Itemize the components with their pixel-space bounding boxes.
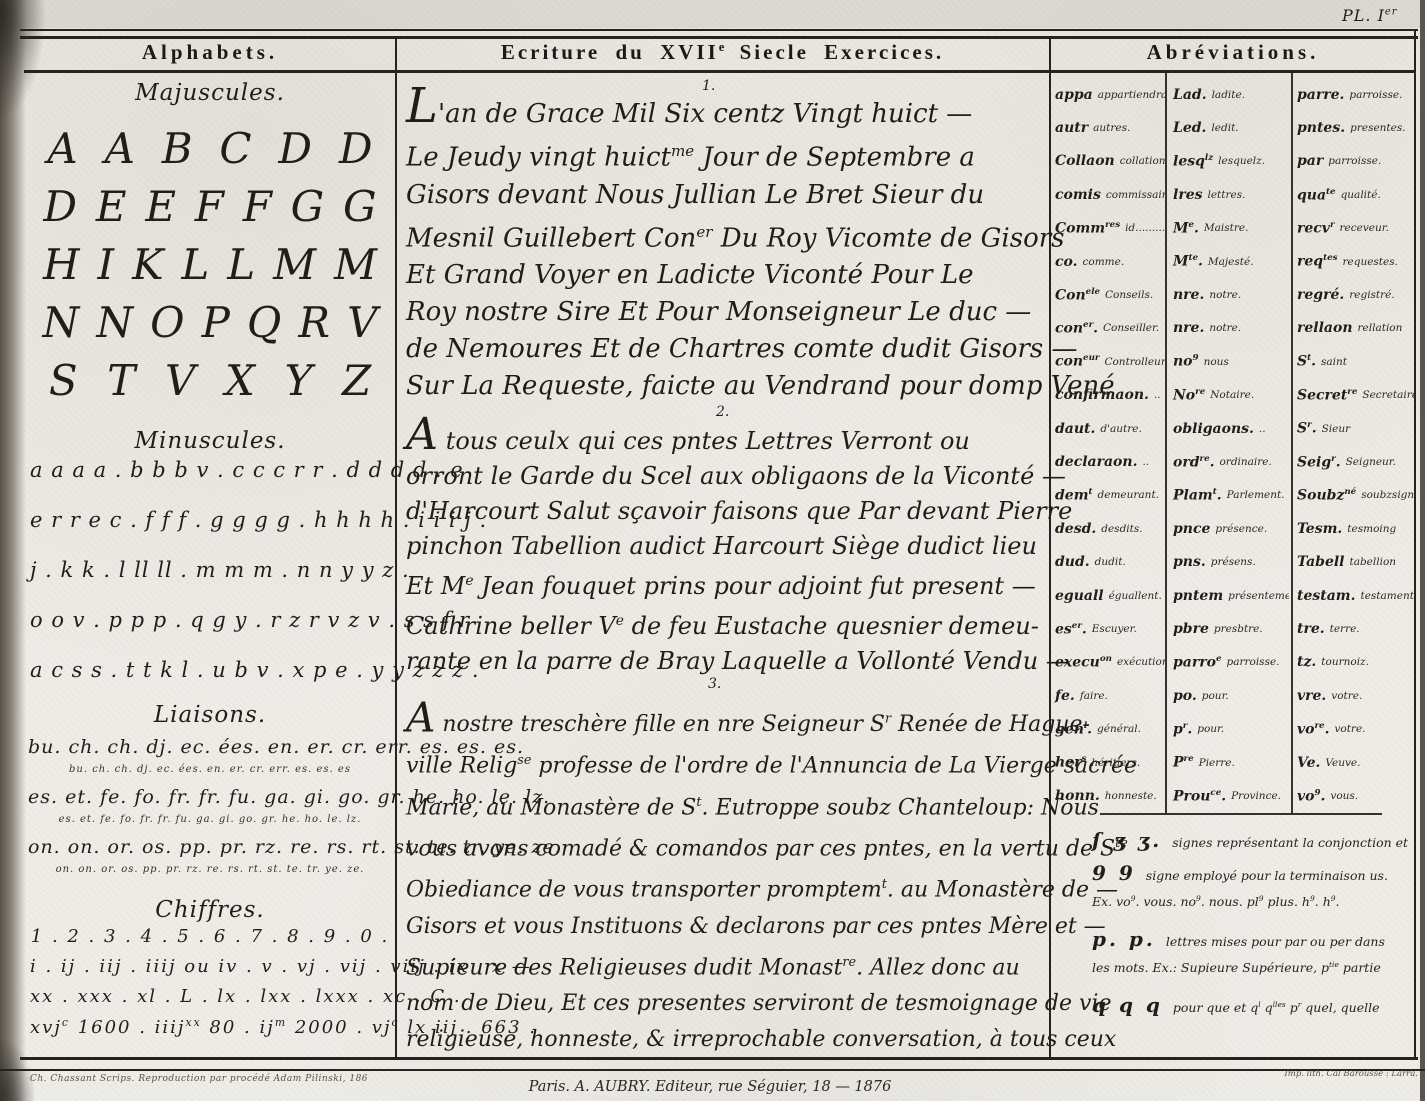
- majuscule-letter: O: [150, 302, 184, 344]
- abbreviation-entry: SecretreSecretaire.: [1294, 379, 1416, 412]
- abbreviation-meaning: faire.: [1080, 690, 1108, 702]
- abbreviation-script: coneur: [1055, 353, 1099, 370]
- abbreviation-meaning: honneste.: [1105, 790, 1157, 802]
- majuscule-letter: Y: [285, 360, 313, 402]
- divider-middle-right: [1049, 36, 1051, 1057]
- abbreviation-meaning: présens.: [1211, 556, 1256, 568]
- majuscule-letter: A: [47, 128, 77, 170]
- abbreviation-entry: eser.Escuyer.: [1052, 612, 1165, 645]
- liaison-label-row: es. et. fe. fo. fr. fr. fu. ga. gi. go. …: [28, 814, 392, 836]
- abbreviation-meaning: tournoiz.: [1321, 656, 1369, 668]
- abbreviation-entry: NoreNotaire.: [1170, 379, 1289, 412]
- abbreviation-script: comis: [1055, 187, 1101, 203]
- handwriting-line: nom de Dieu, Et ces presentes serviront …: [406, 986, 1044, 1022]
- chiffres-row: xvjc 1600 . iiijxx 80 . ijm 2000 . vjc l…: [30, 1016, 390, 1046]
- abbreviation-meaning: ..: [1154, 389, 1161, 401]
- abbreviation-meaning: exécution.: [1117, 656, 1165, 668]
- abbreviation-meaning: demeurant.: [1098, 489, 1159, 501]
- abbreviation-entry: quatequalité.: [1294, 178, 1416, 211]
- abbreviation-script: genl.: [1055, 721, 1092, 738]
- handwriting-line: ville Religse professe de l'ordre de l'A…: [406, 743, 1044, 784]
- abbreviation-meaning: Seigneur.: [1346, 456, 1396, 468]
- abbreviation-meaning: id..........: [1125, 222, 1165, 234]
- abbreviation-entry: confirmaon...: [1052, 379, 1165, 412]
- abbreviation-script: demt: [1055, 487, 1093, 504]
- abbreviation-entry: dud.dudit.: [1052, 545, 1165, 578]
- abbreviation-meaning: votre.: [1331, 690, 1362, 702]
- handwriting-line: vous avons comadé & comandos par ces pnt…: [406, 826, 1044, 867]
- exercise-paragraph-1: L'an de Grace Mil Six centz Vingt huict …: [406, 96, 1044, 405]
- abbreviation-script: Pre: [1173, 754, 1194, 771]
- liaison-script-row: bu. ch. ch. dj. ec. ées. en. er. cr. err…: [28, 736, 392, 764]
- handwriting-line: Gisors et vous Instituons & declarons pa…: [406, 909, 1044, 945]
- abbreviation-script: honn.: [1055, 788, 1100, 804]
- majuscule-row: STVXYZ: [34, 344, 386, 402]
- abbreviations-column-3: parre.parroisse.pntes.presentes.parparro…: [1294, 78, 1416, 813]
- majuscule-row: AABCDD: [34, 112, 386, 170]
- abbreviation-meaning: desdits.: [1101, 523, 1142, 535]
- publisher-imprint: Paris. A. AUBRY. Editeur, rue Séguier, 1…: [430, 1079, 990, 1095]
- exercise-paragraph-3: A nostre treschère fille en nre Seigneur…: [406, 702, 1044, 1058]
- abbreviation-entry: no9nous: [1170, 345, 1289, 378]
- abbreviation-meaning: presbtre.: [1214, 623, 1263, 635]
- abbreviation-meaning: lettres.: [1207, 189, 1245, 201]
- abbreviation-entry: pns.présens.: [1170, 545, 1289, 578]
- exercise-marker-1: 1.: [702, 78, 715, 94]
- abbreviation-meaning: saint: [1321, 356, 1347, 368]
- abbreviation-script: pbre: [1173, 621, 1209, 637]
- abbreviation-meaning: presentes.: [1350, 122, 1405, 134]
- chiffres-row: 1 . 2 . 3 . 4 . 5 . 6 . 7 . 8 . 9 . 0 .: [30, 926, 390, 956]
- abbreviation-entry: recvrreceveur.: [1294, 212, 1416, 245]
- abbreviation-script: autr: [1055, 120, 1088, 136]
- abbreviation-script: Conele: [1055, 287, 1100, 304]
- majuscule-letter: F: [243, 186, 272, 228]
- abbreviation-script: testam.: [1297, 588, 1355, 604]
- abbreviation-script: ordre.: [1173, 454, 1214, 471]
- abbreviation-entry: Soubznésoubzsigné: [1294, 479, 1416, 512]
- abbreviation-entry: coner.Conseiller.: [1052, 312, 1165, 345]
- abbreviation-meaning: Parlement.: [1227, 489, 1285, 501]
- majuscule-letter: R: [298, 302, 330, 344]
- abbreviation-script: appa: [1055, 87, 1093, 103]
- minuscule-row: a c s s . t t k l . u b v . x p e . y y …: [30, 658, 390, 708]
- majuscule-letter: N: [96, 302, 133, 344]
- majuscule-letter: F: [195, 186, 224, 228]
- abbreviation-meaning: tabellion: [1349, 556, 1396, 568]
- abbreviation-entry: parroeparroisse.: [1170, 646, 1289, 679]
- abbreviation-entry: PrePierre.: [1170, 746, 1289, 779]
- abbreviation-script: Ve.: [1297, 755, 1320, 771]
- abbreviation-script: fe.: [1055, 688, 1075, 704]
- abbreviation-meaning: parroisse.: [1226, 656, 1279, 668]
- abbreviation-script: Soubzné: [1297, 487, 1356, 504]
- abbreviation-script: tre.: [1297, 621, 1325, 637]
- abbreviation-meaning: notre.: [1209, 289, 1241, 301]
- abbreviation-script: quate: [1297, 187, 1336, 204]
- majuscule-letter: P: [202, 302, 230, 344]
- abbreviation-meaning: parroisse.: [1328, 155, 1381, 167]
- abbreviation-script: Prouce.: [1173, 788, 1226, 805]
- abbreviation-script: nre.: [1173, 320, 1204, 336]
- abbreviation-meaning: présentement.: [1228, 590, 1289, 602]
- abbr-subdivider-1: [1165, 73, 1167, 813]
- abbreviation-script: parre.: [1297, 87, 1344, 103]
- abbreviation-script: Sr.: [1297, 420, 1317, 437]
- abbreviation-meaning: collation: [1120, 155, 1165, 167]
- abbreviation-script: parroe: [1173, 654, 1221, 671]
- top-rule-outer: [20, 29, 1418, 31]
- handwriting-line: rante en la parre de Bray Laquelle a Vol…: [406, 644, 1044, 679]
- majuscule-letter: B: [162, 128, 193, 170]
- abbreviation-script: execuon: [1055, 654, 1112, 671]
- abbreviation-entry: egualléguallent.: [1052, 579, 1165, 612]
- abbreviation-entry: regré.registré.: [1294, 278, 1416, 311]
- divider-left-middle: [395, 36, 397, 1057]
- majuscules-rows: AABCDDDEEFFGGHIKLLMMNNOPQRVSTVXYZ: [34, 112, 386, 402]
- abbreviation-note-line: 9 9signe employé pour la terminaison us.: [1092, 861, 1422, 894]
- abbreviation-entry: Mte.Majesté.: [1170, 245, 1289, 278]
- abbreviation-entry: parparroisse.: [1294, 145, 1416, 178]
- majuscule-letter: L: [181, 244, 209, 286]
- abbreviation-meaning: Province.: [1231, 790, 1281, 802]
- abbreviation-entry: appaappartiendra: [1052, 78, 1165, 111]
- handwriting-line: Sur La Requeste, faicte au Vendrand pour…: [406, 368, 1044, 405]
- abbr-table-bottom-rule: [1100, 813, 1382, 815]
- abbreviation-meaning: Conseils.: [1105, 289, 1153, 301]
- engraver-imprint: Ch. Chassant Scrips. Reproduction par pr…: [30, 1074, 368, 1084]
- exercise-paragraph-2: A tous ceulx qui ces pntes Lettres Verro…: [406, 424, 1044, 679]
- chiffres-row: xx . xxx . xl . L . lx . lxx . lxxx . xc…: [30, 986, 390, 1016]
- abbreviation-script: vo9.: [1297, 788, 1325, 805]
- printer-imprint: Imp. lith. Cal Barousse : Larra.: [1250, 1069, 1418, 1079]
- majuscules-title: Majuscules.: [30, 80, 390, 106]
- abbreviation-meaning: notre.: [1209, 322, 1241, 334]
- abbreviation-script: eser.: [1055, 621, 1087, 638]
- abbreviation-script: Secretre: [1297, 387, 1357, 404]
- handwriting-line: orront le Garde du Scel aux obligaons de…: [406, 459, 1044, 494]
- abbreviation-entry: Tesm.tesmoing: [1294, 512, 1416, 545]
- abbreviation-entry: obligaons...: [1170, 412, 1289, 445]
- majuscule-letter: M: [273, 244, 316, 286]
- abbreviation-entry: testam.testament.: [1294, 579, 1416, 612]
- abbreviation-entry: tz.tournoiz.: [1294, 646, 1416, 679]
- abbreviation-meaning: Sieur: [1322, 423, 1351, 435]
- abbreviation-entry: fe.faire.: [1052, 679, 1165, 712]
- header-bottom-rule: [24, 70, 1416, 73]
- abbreviation-meaning: général.: [1097, 723, 1141, 735]
- minuscule-row: a a a a . b b b v . c c c r r . d d d d …: [30, 458, 390, 508]
- liaison-label-row: on. on. or. os. pp. pr. rz. re. rs. rt. …: [28, 864, 392, 886]
- abbreviation-note-line: q q qpour que et ql qlles pr quel, quell…: [1092, 993, 1422, 1026]
- minuscules-title: Minuscules.: [30, 428, 390, 454]
- note-text: les mots. Ex.: Supieure Supérieure, ptie…: [1092, 960, 1381, 975]
- majuscule-letter: A: [105, 128, 135, 170]
- abbreviation-meaning: rellation: [1358, 322, 1403, 334]
- abbreviation-script: confirmaon.: [1055, 387, 1149, 403]
- abbreviation-script: Me.: [1173, 220, 1199, 237]
- scan-left-edge: [0, 0, 26, 1101]
- note-text: pour que et ql qlles pr quel, quelle: [1173, 1000, 1380, 1015]
- abbreviation-entry: pbrepresbtre.: [1170, 612, 1289, 645]
- abbreviation-entry: Plamt.Parlement.: [1170, 479, 1289, 512]
- note-sign-glyphs: p. p.: [1092, 927, 1156, 951]
- majuscule-letter: S: [49, 360, 78, 402]
- abbreviation-script: nre.: [1173, 287, 1204, 303]
- abbreviation-script: eguall: [1055, 588, 1104, 604]
- note-sign-glyphs: 9 9: [1092, 861, 1136, 885]
- abbreviation-entry: pntes.presentes.: [1294, 111, 1416, 144]
- abbreviation-note-line: ſ ʒ ʒ.signes représentant la conjonction…: [1092, 828, 1422, 861]
- abbreviation-entry: Commresid..........: [1052, 212, 1165, 245]
- abbreviation-entry: lreslettres.: [1170, 178, 1289, 211]
- abbreviation-script: par: [1297, 153, 1323, 169]
- abbreviation-script: reqtes: [1297, 253, 1337, 270]
- abbreviation-script: declaraon.: [1055, 454, 1137, 470]
- handwriting-line: Le Jeudy vingt huictme Jour de Septembre…: [406, 133, 1044, 177]
- handwriting-line: Marie, au Monastère de St. Eutroppe soub…: [406, 785, 1044, 826]
- abbreviation-entry: nre.notre.: [1170, 278, 1289, 311]
- abbreviation-meaning: Maistre.: [1204, 222, 1249, 234]
- handwriting-line: A tous ceulx qui ces pntes Lettres Verro…: [406, 424, 1044, 459]
- abbreviation-script: Commres: [1055, 220, 1120, 237]
- abbreviation-script: regré.: [1297, 287, 1344, 303]
- abbreviation-meaning: dudit.: [1095, 556, 1126, 568]
- abbreviation-entry: demtdemeurant.: [1052, 479, 1165, 512]
- abbreviation-script: vre.: [1297, 688, 1326, 704]
- abbreviation-meaning: nous: [1204, 356, 1229, 368]
- handwriting-line: Et Grand Voyer en Ladicte Viconté Pour L…: [406, 257, 1044, 294]
- abbreviation-entry: parre.parroisse.: [1294, 78, 1416, 111]
- abbreviation-meaning: Escuyer.: [1092, 623, 1137, 635]
- abbreviation-entry: Lad.ladite.: [1170, 78, 1289, 111]
- abbreviations-column-2: Lad.ladite.Led.ledit.lesqlzlesquelz.lres…: [1170, 78, 1289, 813]
- majuscule-letter: M: [334, 244, 377, 286]
- abbreviation-entry: Me.Maistre.: [1170, 212, 1289, 245]
- abbreviation-script: pnce: [1173, 521, 1210, 537]
- abbreviation-meaning: d'autre.: [1100, 423, 1141, 435]
- abbreviation-entry: coneurControlleur.: [1052, 345, 1165, 378]
- bottom-rule-outer: [0, 1069, 1425, 1071]
- abbreviation-meaning: soubzsigné: [1361, 489, 1416, 501]
- abbreviation-script: desd.: [1055, 521, 1096, 537]
- abbreviation-meaning: qualité.: [1341, 189, 1381, 201]
- abbreviation-entry: declaraon...: [1052, 445, 1165, 478]
- abbreviation-entry: autrautres.: [1052, 111, 1165, 144]
- majuscule-letter: C: [219, 128, 251, 170]
- majuscule-letter: G: [343, 186, 377, 228]
- majuscule-letter: T: [107, 360, 135, 402]
- abbreviation-meaning: parroisse.: [1349, 89, 1402, 101]
- abbreviation-meaning: votre.: [1334, 723, 1365, 735]
- handwriting-line: Cathrine beller Ve de feu Eustache quesn…: [406, 604, 1044, 644]
- scanned-plate-page: PL. Ier Alphabets. Ecriture du XVIIe Sie…: [0, 0, 1425, 1101]
- liaison-script-row: on. on. or. os. pp. pr. rz. re. rs. rt. …: [28, 836, 392, 864]
- majuscule-letter: G: [291, 186, 325, 228]
- abbreviation-meaning: Majesté.: [1208, 256, 1254, 268]
- abbreviation-meaning: éguallent.: [1109, 590, 1162, 602]
- header-ecriture: Ecriture du XVIIe Siecle Exercices.: [395, 40, 1050, 65]
- abbreviation-entry: St.saint: [1294, 345, 1416, 378]
- top-rule-inner: [20, 36, 1418, 39]
- abbreviation-meaning: ladite.: [1212, 89, 1245, 101]
- abbreviation-meaning: ..: [1259, 423, 1266, 435]
- exercise-marker-3: 3.: [708, 676, 721, 692]
- abbreviation-entry: Collaoncollation: [1052, 145, 1165, 178]
- abbreviation-meaning: receveur.: [1340, 222, 1389, 234]
- abbreviation-note-line: les mots. Ex.: Supieure Supérieure, ptie…: [1092, 960, 1422, 993]
- abbreviation-script: Seigr.: [1297, 454, 1341, 471]
- majuscule-letter: X: [225, 360, 255, 402]
- abbreviation-script: Tesm.: [1297, 521, 1342, 537]
- handwriting-line: L'an de Grace Mil Six centz Vingt huict …: [406, 96, 1044, 133]
- abbreviation-meaning: Pierre.: [1199, 757, 1235, 769]
- abbreviation-script: hers: [1055, 754, 1086, 771]
- minuscule-row: e r r e c . f f f . g g g g . h h h h . …: [30, 508, 390, 558]
- abbreviation-meaning: autres.: [1093, 122, 1130, 134]
- abbreviation-meaning: Controlleur.: [1104, 356, 1165, 368]
- note-sign-glyphs: ſ ʒ ʒ.: [1092, 828, 1162, 852]
- majuscule-letter: H: [43, 244, 80, 286]
- paragraph-initial: A: [406, 693, 435, 741]
- abbreviation-script: Lad.: [1173, 87, 1207, 103]
- paragraph-initial: L: [406, 78, 438, 134]
- abbreviation-script: no9: [1173, 353, 1199, 370]
- note-text: lettres mises pour par ou per dans: [1166, 934, 1385, 949]
- abbreviation-meaning: appartiendra: [1098, 89, 1165, 101]
- handwriting-line: Supieure des Religieuses dudit Monastre.…: [406, 945, 1044, 986]
- abbreviation-meaning: ledit.: [1211, 122, 1238, 134]
- abbreviation-script: lres: [1173, 187, 1202, 203]
- majuscule-letter: Q: [247, 302, 281, 344]
- majuscule-letter: I: [98, 244, 115, 286]
- chiffres-title: Chiffres.: [30, 897, 390, 923]
- abbreviation-meaning: terre.: [1330, 623, 1360, 635]
- abbreviation-meaning: comme.: [1083, 256, 1125, 268]
- majuscule-letter: K: [132, 244, 163, 286]
- abbreviation-entry: lesqlzlesquelz.: [1170, 145, 1289, 178]
- handwriting-line: Obiediance de vous transporter promptemt…: [406, 867, 1044, 908]
- abbreviation-script: vore.: [1297, 721, 1329, 738]
- paragraph-initial: A: [406, 409, 438, 460]
- abbreviation-meaning: tesmoing: [1347, 523, 1396, 535]
- majuscule-letter: D: [278, 128, 312, 170]
- majuscule-row: HIKLLMM: [34, 228, 386, 286]
- abbreviation-entry: po.pour.: [1170, 679, 1289, 712]
- header-abreviations: Abréviations.: [1050, 40, 1416, 65]
- liaison-label-row: bu. ch. ch. dj. ec. ées. en. er. cr. err…: [28, 764, 392, 786]
- abbreviation-script: recvr: [1297, 220, 1335, 237]
- minuscule-row: j . k k . l ll ll . m m m . n n y y z .: [30, 558, 390, 608]
- majuscule-letter: E: [96, 186, 127, 228]
- liaisons-title: Liaisons.: [30, 702, 390, 728]
- abbreviation-entry: tre.terre.: [1294, 612, 1416, 645]
- note-sign-glyphs: q q q: [1092, 993, 1163, 1017]
- abbreviation-meaning: Veuve.: [1325, 757, 1360, 769]
- abbreviation-note-line: Ex. vo9. vous. no9. nous. pl9 plus. h9. …: [1092, 894, 1422, 927]
- abbreviation-script: lesqlz: [1173, 153, 1213, 170]
- handwriting-line: d'Harcourt Salut sçavoir faisons que Par…: [406, 494, 1044, 529]
- abbreviation-meaning: Conseiller.: [1103, 322, 1159, 334]
- abbreviation-script: tz.: [1297, 654, 1316, 670]
- abbreviation-entry: comiscommissaire.: [1052, 178, 1165, 211]
- abbreviation-script: pntem: [1173, 588, 1223, 604]
- abbreviation-entry: Seigr.Seigneur.: [1294, 445, 1416, 478]
- minuscules-rows: a a a a . b b b v . c c c r r . d d d d …: [30, 458, 390, 708]
- abbreviation-script: Nore: [1173, 387, 1205, 404]
- exercise-marker-2: 2.: [716, 404, 729, 420]
- abbreviation-meaning: ordinaire.: [1219, 456, 1271, 468]
- note-text: signe employé pour la terminaison us.: [1146, 868, 1388, 883]
- abbreviation-entry: Tabelltabellion: [1294, 545, 1416, 578]
- abbreviation-entry: vre.votre.: [1294, 679, 1416, 712]
- abbreviation-entry: Ve.Veuve.: [1294, 746, 1416, 779]
- abbreviation-entry: ordre.ordinaire.: [1170, 445, 1289, 478]
- abbreviation-entry: execuonexécution.: [1052, 646, 1165, 679]
- abbreviation-meaning: registré.: [1349, 289, 1395, 301]
- abbreviation-meaning: Secretaire.: [1362, 389, 1416, 401]
- abbreviation-script: St.: [1297, 353, 1316, 370]
- majuscule-letter: D: [43, 186, 77, 228]
- handwriting-line: Gisors devant Nous Jullian Le Bret Sieur…: [406, 177, 1044, 214]
- abbreviation-meaning: héritiers.: [1091, 757, 1140, 769]
- abbreviation-script: pntes.: [1297, 120, 1345, 136]
- chiffres-rows: 1 . 2 . 3 . 4 . 5 . 6 . 7 . 8 . 9 . 0 .i…: [30, 926, 390, 1046]
- abbreviation-entry: vo9.vous.: [1294, 779, 1416, 812]
- abbreviation-entry: ConeleConseils.: [1052, 278, 1165, 311]
- handwriting-line: Mesnil Guillebert Coner Du Roy Vicomte d…: [406, 214, 1044, 258]
- abbreviations-column-1: appaappartiendraautrautres.Collaoncollat…: [1052, 78, 1165, 813]
- abbreviation-script: pns.: [1173, 554, 1206, 570]
- abbreviation-entry: reqtesrequestes.: [1294, 245, 1416, 278]
- abbreviation-entry: desd.desdits.: [1052, 512, 1165, 545]
- majuscule-row: NNOPQRV: [34, 286, 386, 344]
- majuscule-letter: Z: [342, 360, 371, 402]
- abbreviations-notes: ſ ʒ ʒ.signes représentant la conjonction…: [1092, 828, 1422, 1026]
- abbreviation-entry: Sr.Sieur: [1294, 412, 1416, 445]
- abbreviation-meaning: vous.: [1330, 790, 1358, 802]
- abbreviation-meaning: Notaire.: [1210, 389, 1254, 401]
- handwriting-line: de Nemoures Et de Chartres comte dudit G…: [406, 331, 1044, 368]
- majuscule-letter: N: [43, 302, 80, 344]
- majuscule-letter: V: [165, 360, 195, 402]
- abbreviation-script: pr.: [1173, 721, 1192, 738]
- chiffres-row: i . ij . iij . iiij ou iv . v . vj . vij…: [30, 956, 390, 986]
- majuscule-letter: E: [145, 186, 176, 228]
- abbreviation-script: Mte.: [1173, 253, 1203, 270]
- header-alphabets: Alphabets.: [25, 40, 395, 65]
- abbreviation-entry: Led.ledit.: [1170, 111, 1289, 144]
- abbreviation-entry: vore.votre.: [1294, 712, 1416, 745]
- majuscule-letter: L: [227, 244, 255, 286]
- handwriting-line: religieuse, honneste, & irreprochable co…: [406, 1022, 1044, 1058]
- abbreviation-meaning: présence.: [1215, 523, 1267, 535]
- abbreviation-meaning: ..: [1142, 456, 1149, 468]
- abbreviation-entry: nre.notre.: [1170, 312, 1289, 345]
- abbreviation-script: Tabell: [1297, 554, 1344, 570]
- abbreviation-entry: pntemprésentement.: [1170, 579, 1289, 612]
- abbreviation-entry: hershéritiers.: [1052, 746, 1165, 779]
- abbreviation-script: obligaons.: [1173, 421, 1254, 437]
- abbreviation-entry: Prouce.Province.: [1170, 779, 1289, 812]
- abbreviation-script: Plamt.: [1173, 487, 1222, 504]
- handwriting-line: pinchon Tabellion audict Harcourt Siège …: [406, 529, 1044, 564]
- abbreviation-entry: genl.général.: [1052, 712, 1165, 745]
- abbreviation-entry: co.comme.: [1052, 245, 1165, 278]
- majuscule-row: DEEFFGG: [34, 170, 386, 228]
- abbr-subdivider-2: [1291, 73, 1293, 813]
- abbreviation-script: dud.: [1055, 554, 1090, 570]
